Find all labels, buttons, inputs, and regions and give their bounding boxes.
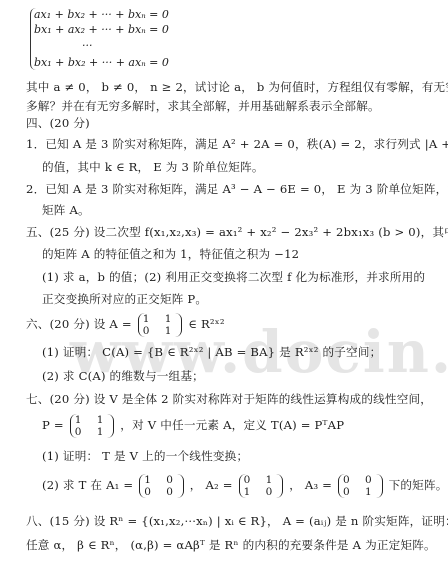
q4-item1-line-1: 1．已知 A 是 3 阶实对称矩阵，满足 A² + 2A = 0，秩(A) = … xyxy=(26,137,448,151)
q7-part2-prefix: (2) 求 T 在 A₁ = xyxy=(42,478,133,492)
q7-p-prefix: P = xyxy=(42,418,64,432)
system-ellipsis: ··· xyxy=(82,39,93,52)
q5-line-1: 五、(25 分) 设二次型 f(x₁,x₂,x₃) = ax₁² + x₂² −… xyxy=(26,225,448,239)
matrix-row: 0 1 xyxy=(244,474,279,486)
q6-heading-prefix: 六、(20 分) 设 A = xyxy=(26,317,132,331)
q7-matrix-a3: 0 0 0 1 xyxy=(338,474,383,498)
matrix-row: 0 1 xyxy=(143,325,178,337)
matrix-row: 0 0 xyxy=(343,474,378,486)
q7-matrix-a1: 1 0 0 0 xyxy=(139,474,184,498)
matrix-row: 0 1 xyxy=(75,426,110,438)
q6-matrix-a: 1 1 0 1 xyxy=(138,313,183,337)
q7-p-suffix: ，对 V 中任一元素 A，定义 T(A) = PᵀAP xyxy=(120,418,344,432)
matrix-row: 0 0 xyxy=(144,486,179,498)
q3-condition-line-1: 其中 a ≠ 0， b ≠ 0， n ≥ 2，试讨论 a， b 为何值时，方程组… xyxy=(26,80,448,94)
q7-matrix-a2: 0 1 1 0 xyxy=(239,474,284,498)
q4-item1-line-2: 的值，其中 k ∈ R， E 为 3 阶单位矩阵。 xyxy=(42,160,264,174)
q4-heading: 四、(20 分) xyxy=(26,116,90,130)
system-equation-n: bx₁ + bx₂ + ··· + axₙ = 0 xyxy=(34,56,169,69)
q8-line-2: 任意 α， β ∈ Rⁿ， (α,β) = αAβᵀ 是 Rⁿ 的内积的充要条件… xyxy=(26,538,436,552)
q6-part-2: (2) 求 C(A) 的维数与一组基； xyxy=(42,369,204,383)
q7-part2-suffix: 下的矩阵。 xyxy=(389,478,448,492)
q7-part-2: (2) 求 T 在 A₁ = 1 0 0 0 ， A₂ = 0 1 1 0 ， … xyxy=(42,474,448,498)
q7-a3-label: ， A₃ = xyxy=(289,478,332,492)
q6-part-1: (1) 证明： C(A) = {B ∈ R²ˣ² | AB = BA} 是 R²… xyxy=(42,345,381,359)
matrix-row: 1 1 xyxy=(143,313,178,325)
system-equation-1: ax₁ + bx₂ + ··· + bxₙ = 0 xyxy=(34,8,169,21)
q7-a2-label: ， A₂ = xyxy=(190,478,233,492)
q4-item2-line-2: 矩阵 A。 xyxy=(42,203,90,217)
matrix-row: 1 0 xyxy=(244,486,279,498)
q7-matrix-p: 1 1 0 1 xyxy=(70,414,115,438)
q4-item2-line-1: 2．已知 A 是 3 阶实对称矩阵，满足 A³ − A − 6E = 0， E … xyxy=(26,182,448,196)
q7-heading: 七、(20 分) 设 V 是全体 2 阶实对称阵对于矩阵的线性运算构成的线性空间… xyxy=(26,392,432,406)
q5-line-3: (1) 求 a，b 的值；(2) 利用正交变换将二次型 f 化为标准形，并求所用… xyxy=(42,270,425,284)
q6-heading: 六、(20 分) 设 A = 1 1 0 1 ∈ R²ˣ² xyxy=(26,313,225,337)
system-equation-2: bx₁ + ax₂ + ··· + bxₙ = 0 xyxy=(34,23,169,36)
q5-line-2: 的矩阵 A 的特征值之和为 1，特征值之积为 −12 xyxy=(42,247,299,261)
matrix-row: 0 1 xyxy=(343,486,378,498)
matrix-row: 1 0 xyxy=(144,474,179,486)
exam-page: www.docin.com ax₁ + bx₂ + ··· + bxₙ = 0 … xyxy=(0,0,448,567)
matrix-row: 1 1 xyxy=(75,414,110,426)
q3-condition-line-2: 多解？并在有无穷多解时，求其全部解，并用基础解系表示全部解。 xyxy=(26,99,380,113)
q8-line-1: 八、(15 分) 设 Rⁿ = {(x₁,x₂,···xₙ) | xᵢ ∈ R}… xyxy=(26,514,448,528)
q6-heading-suffix: ∈ R²ˣ² xyxy=(188,317,224,331)
q7-part-1: (1) 证明： T 是 V 上的一个线性变换； xyxy=(42,449,248,463)
q7-p-definition: P = 1 1 0 1 ，对 V 中任一元素 A，定义 T(A) = PᵀAP xyxy=(42,414,344,438)
q5-line-4: 正交变换所对应的正交矩阵 P。 xyxy=(42,292,207,306)
